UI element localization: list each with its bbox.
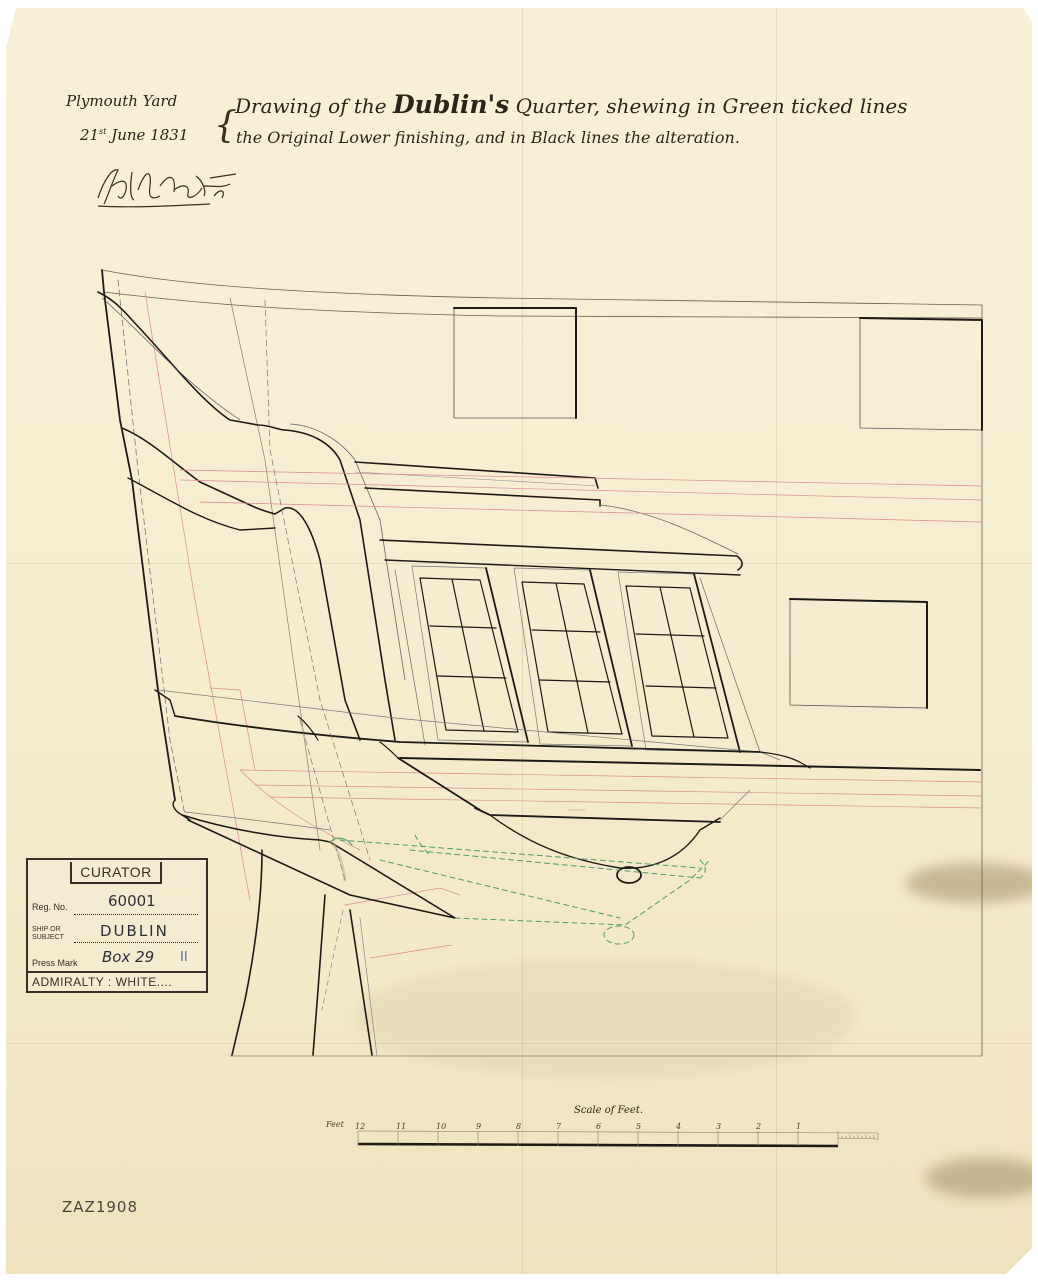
press-label: Press Mark — [32, 958, 78, 968]
ship-label: SHIP OR SUBJECT — [32, 926, 64, 942]
scale-tick-label: 6 — [596, 1122, 601, 1131]
curator-footer: ADMIRALTY : WHITE.... — [28, 971, 206, 991]
reg-dotted-line — [74, 914, 198, 915]
press-suffix: II — [180, 950, 188, 965]
ship-dotted-line — [74, 942, 198, 943]
scale-bar — [0, 0, 1038, 1280]
curator-header: CURATOR — [70, 862, 162, 884]
scale-tick-label: 8 — [516, 1122, 521, 1131]
scale-tick-label: 12 — [355, 1122, 365, 1131]
scale-tick-label: 4 — [676, 1122, 681, 1131]
scale-tick-label: 10 — [436, 1122, 446, 1131]
ship-label-line-2: SUBJECT — [32, 934, 64, 942]
scale-tick-label: 9 — [476, 1122, 481, 1131]
press-value: Box 29 — [102, 948, 154, 966]
scale-tick-label: 11 — [396, 1122, 406, 1131]
ship-label-line-1: SHIP OR — [32, 926, 64, 934]
reg-value: 60001 — [108, 892, 156, 910]
scale-tick-label: 1 — [796, 1122, 801, 1131]
scale-tick-label: 2 — [756, 1122, 761, 1131]
ship-value: DUBLIN — [100, 922, 169, 940]
reference-number: ZAZ1908 — [62, 1198, 138, 1216]
scale-tick-label: 5 — [636, 1122, 641, 1131]
scale-tick-label: 3 — [716, 1122, 721, 1131]
scale-tick-label: 7 — [556, 1122, 561, 1131]
curator-stamp: CURATOR Reg. No. 60001 SHIP OR SUBJECT D… — [26, 858, 208, 993]
reg-label: Reg. No. — [32, 902, 68, 912]
